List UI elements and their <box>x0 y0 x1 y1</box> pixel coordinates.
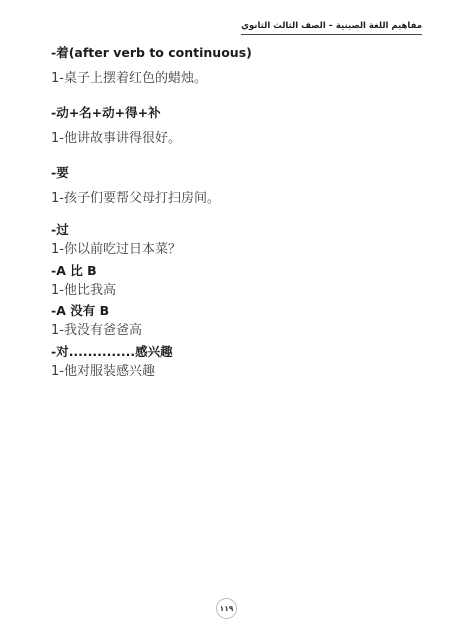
page-footer: ١١٩ <box>0 596 453 619</box>
page-number-badge: ١١٩ <box>216 598 237 619</box>
grammar-section: -动+名+动+得+补1-他讲故事讲得很好。 <box>51 100 425 151</box>
example-sentence: 1-他比我高 <box>51 281 425 301</box>
page-content: -着(after verb to continuous)1-桌子上摆着红色的蜡烛… <box>51 40 425 391</box>
example-sentence: 1-他对服装感兴趣 <box>51 362 425 382</box>
example-sentence: 1-孩子们要帮父母打扫房间。 <box>51 186 425 212</box>
grammar-pattern-heading: -对..............感兴趣 <box>51 342 425 362</box>
header-title-arabic: مفاهيم اللغة الصينية – الصف الثالث الثان… <box>241 21 422 35</box>
grammar-section: -要1-孩子们要帮父母打扫房间。 <box>51 160 425 211</box>
document-page: مفاهيم اللغة الصينية – الصف الثالث الثان… <box>0 0 453 640</box>
grammar-pattern-heading: -A 比 B <box>51 261 425 281</box>
page-header: مفاهيم اللغة الصينية – الصف الثالث الثان… <box>241 13 422 35</box>
example-sentence: 1-他讲故事讲得很好。 <box>51 126 425 152</box>
grammar-section: -过1-你以前吃过日本菜？-A 比 B1-他比我高-A 没有 B1-我没有爸爸高… <box>51 220 425 382</box>
example-sentence: 1-桌子上摆着红色的蜡烛。 <box>51 66 425 92</box>
grammar-section: -着(after verb to continuous)1-桌子上摆着红色的蜡烛… <box>51 40 425 91</box>
example-sentence: 1-我没有爸爸高 <box>51 321 425 341</box>
grammar-pattern-heading: -动+名+动+得+补 <box>51 100 425 126</box>
grammar-pattern-heading: -要 <box>51 160 425 186</box>
grammar-pattern-heading: -着(after verb to continuous) <box>51 40 425 66</box>
example-sentence: 1-你以前吃过日本菜？ <box>51 240 425 260</box>
grammar-pattern-heading: -过 <box>51 220 425 240</box>
grammar-pattern-heading: -A 没有 B <box>51 301 425 321</box>
